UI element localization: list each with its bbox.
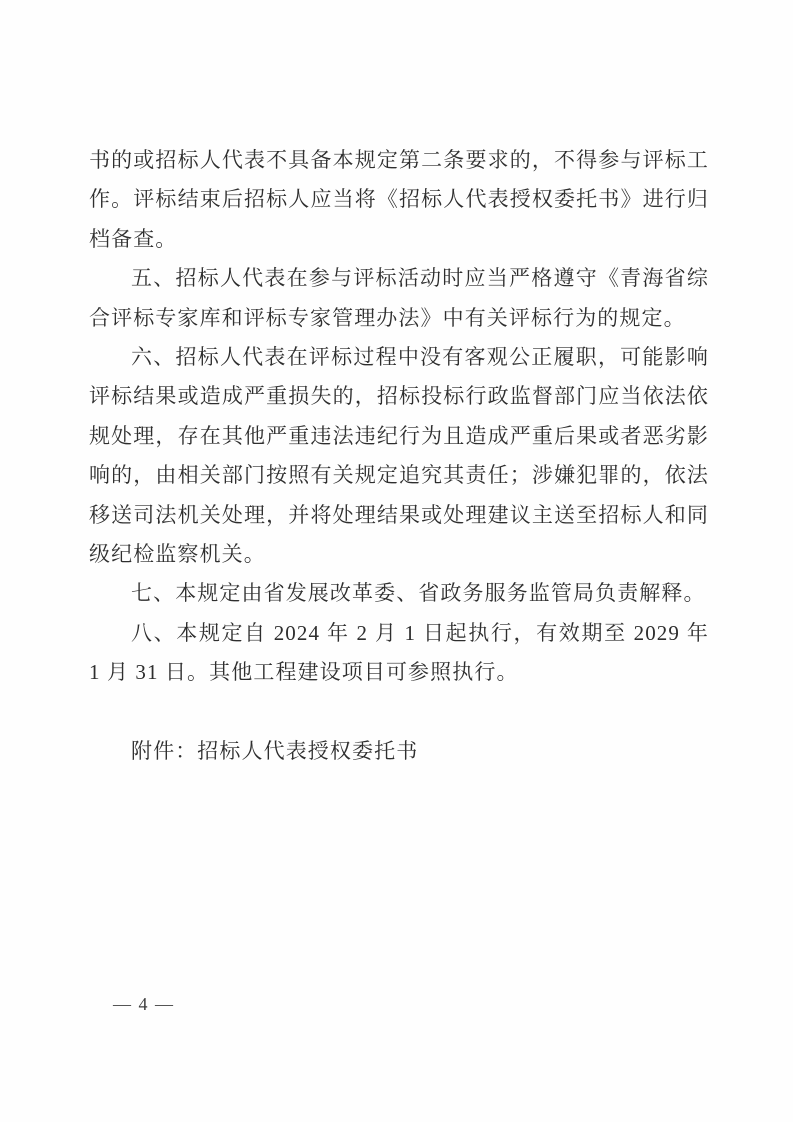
body-paragraph-item-7: 七、本规定由省发展改革委、省政务服务监管局负责解释。 [89, 574, 709, 613]
body-paragraph-item-5: 五、招标人代表在参与评标活动时应当严格遵守《青海省综合评标专家库和评标专家管理办… [89, 259, 709, 338]
page-number: — 4 — [113, 994, 175, 1015]
body-paragraph-continuation: 书的或招标人代表不具备本规定第二条要求的，不得参与评标工作。评标结束后招标人应当… [89, 141, 709, 259]
body-paragraph-item-6: 六、招标人代表在评标过程中没有客观公正履职，可能影响评标结果或造成严重损失的，招… [89, 338, 709, 574]
document-page: 书的或招标人代表不具备本规定第二条要求的，不得参与评标工作。评标结束后招标人应当… [0, 0, 793, 1122]
attachment-line: 附件：招标人代表授权委托书 [89, 732, 709, 771]
body-paragraph-item-8: 八、本规定自 2024 年 2 月 1 日起执行，有效期至 2029 年 1 月… [89, 614, 709, 693]
document-body: 书的或招标人代表不具备本规定第二条要求的，不得参与评标工作。评标结束后招标人应当… [89, 141, 709, 771]
